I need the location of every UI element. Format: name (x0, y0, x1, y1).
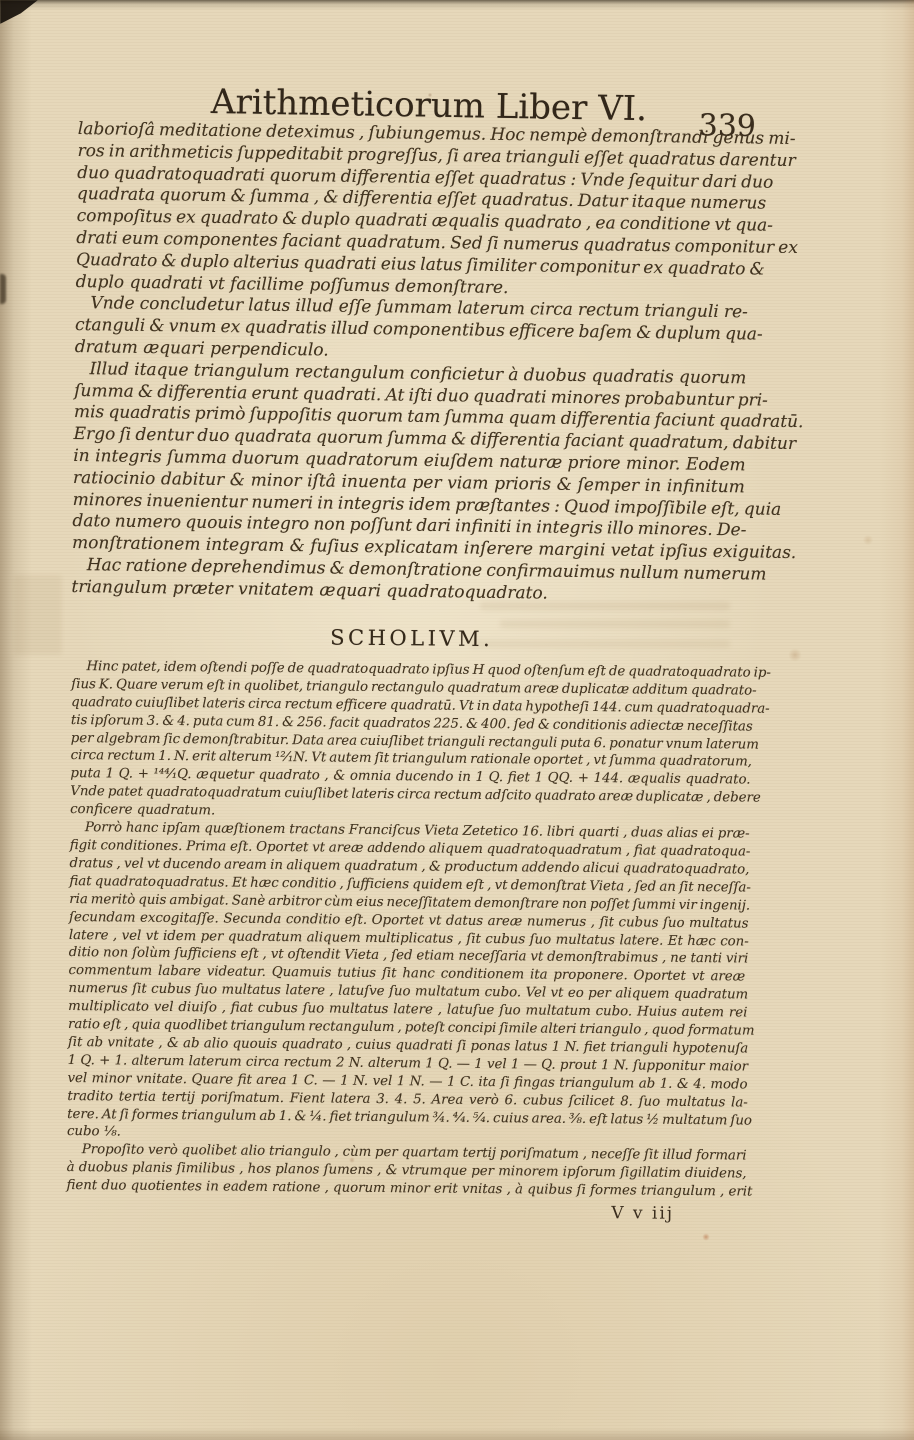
paragraph: Vnde concludetur latus illud eſſe ſummam… (75, 293, 748, 368)
paragraph: Porrò hanc ipſam quæſtionem tractans Fra… (67, 819, 750, 1148)
paragraph: Propoſito verò quolibet alio triangulo ,… (66, 1141, 746, 1201)
paragraph: Hinc patet, idem oſtendi poſſe de quadra… (70, 658, 752, 826)
scholium-heading: SCHOLIVM. (72, 627, 752, 651)
paragraph: laborioſâ meditatione deteximus , ſubiun… (76, 119, 750, 303)
page-edge-mark (0, 274, 6, 304)
paragraph: Hac ratione deprehendimus & demonſtratio… (71, 555, 744, 608)
paragraph: Illud itaque triangulum rectangulum conf… (72, 359, 747, 565)
scholium-text: Hinc patet, idem oſtendi poſſe de quadra… (66, 658, 751, 1202)
signature-mark: V v iij (66, 1200, 746, 1224)
scholium-block: SCHOLIVM. Hinc patet, idem oſtendi poſſe… (66, 612, 752, 1224)
book-page-scan: Arithmeticorum Liber VI. 339 laborioſâ m… (0, 0, 914, 1440)
ink-showthrough-smudge (14, 575, 62, 655)
main-text-block: laborioſâ meditatione deteximus , ſubiun… (71, 119, 750, 608)
